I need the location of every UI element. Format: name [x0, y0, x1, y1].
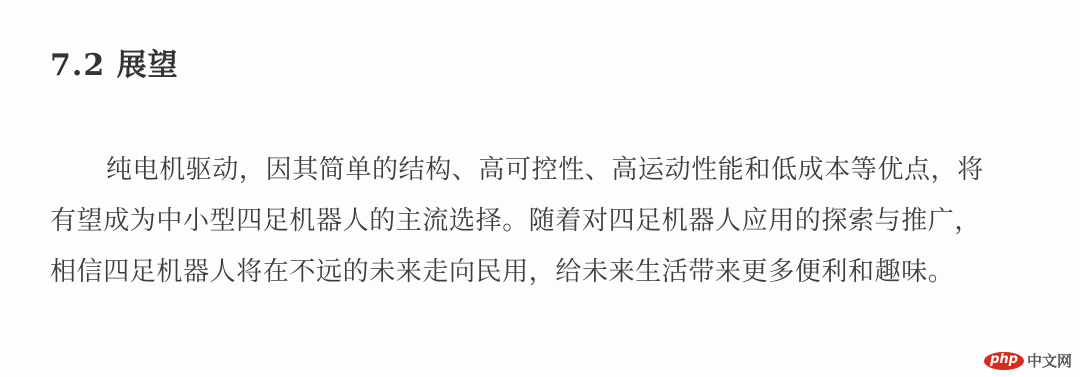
paragraph-line: 有望成为中小型四足机器人的主流选择。随着对四足机器人应用的探索与推广，: [50, 196, 1040, 247]
watermark: php 中文网: [984, 350, 1072, 371]
paragraph-line: 纯电机驱动，因其简单的结构、高可控性、高运动性能和低成本等优点，将: [50, 145, 1040, 196]
php-logo-icon: php: [984, 352, 1024, 370]
section-heading: 7.2 展望: [50, 40, 179, 84]
body-paragraph: 纯电机驱动，因其简单的结构、高可控性、高运动性能和低成本等优点，将 有望成为中小…: [50, 145, 1040, 298]
paragraph-line: 相信四足机器人将在不远的未来走向民用，给未来生活带来更多便利和趣味。: [50, 247, 1040, 298]
watermark-site-text: 中文网: [1027, 350, 1072, 371]
